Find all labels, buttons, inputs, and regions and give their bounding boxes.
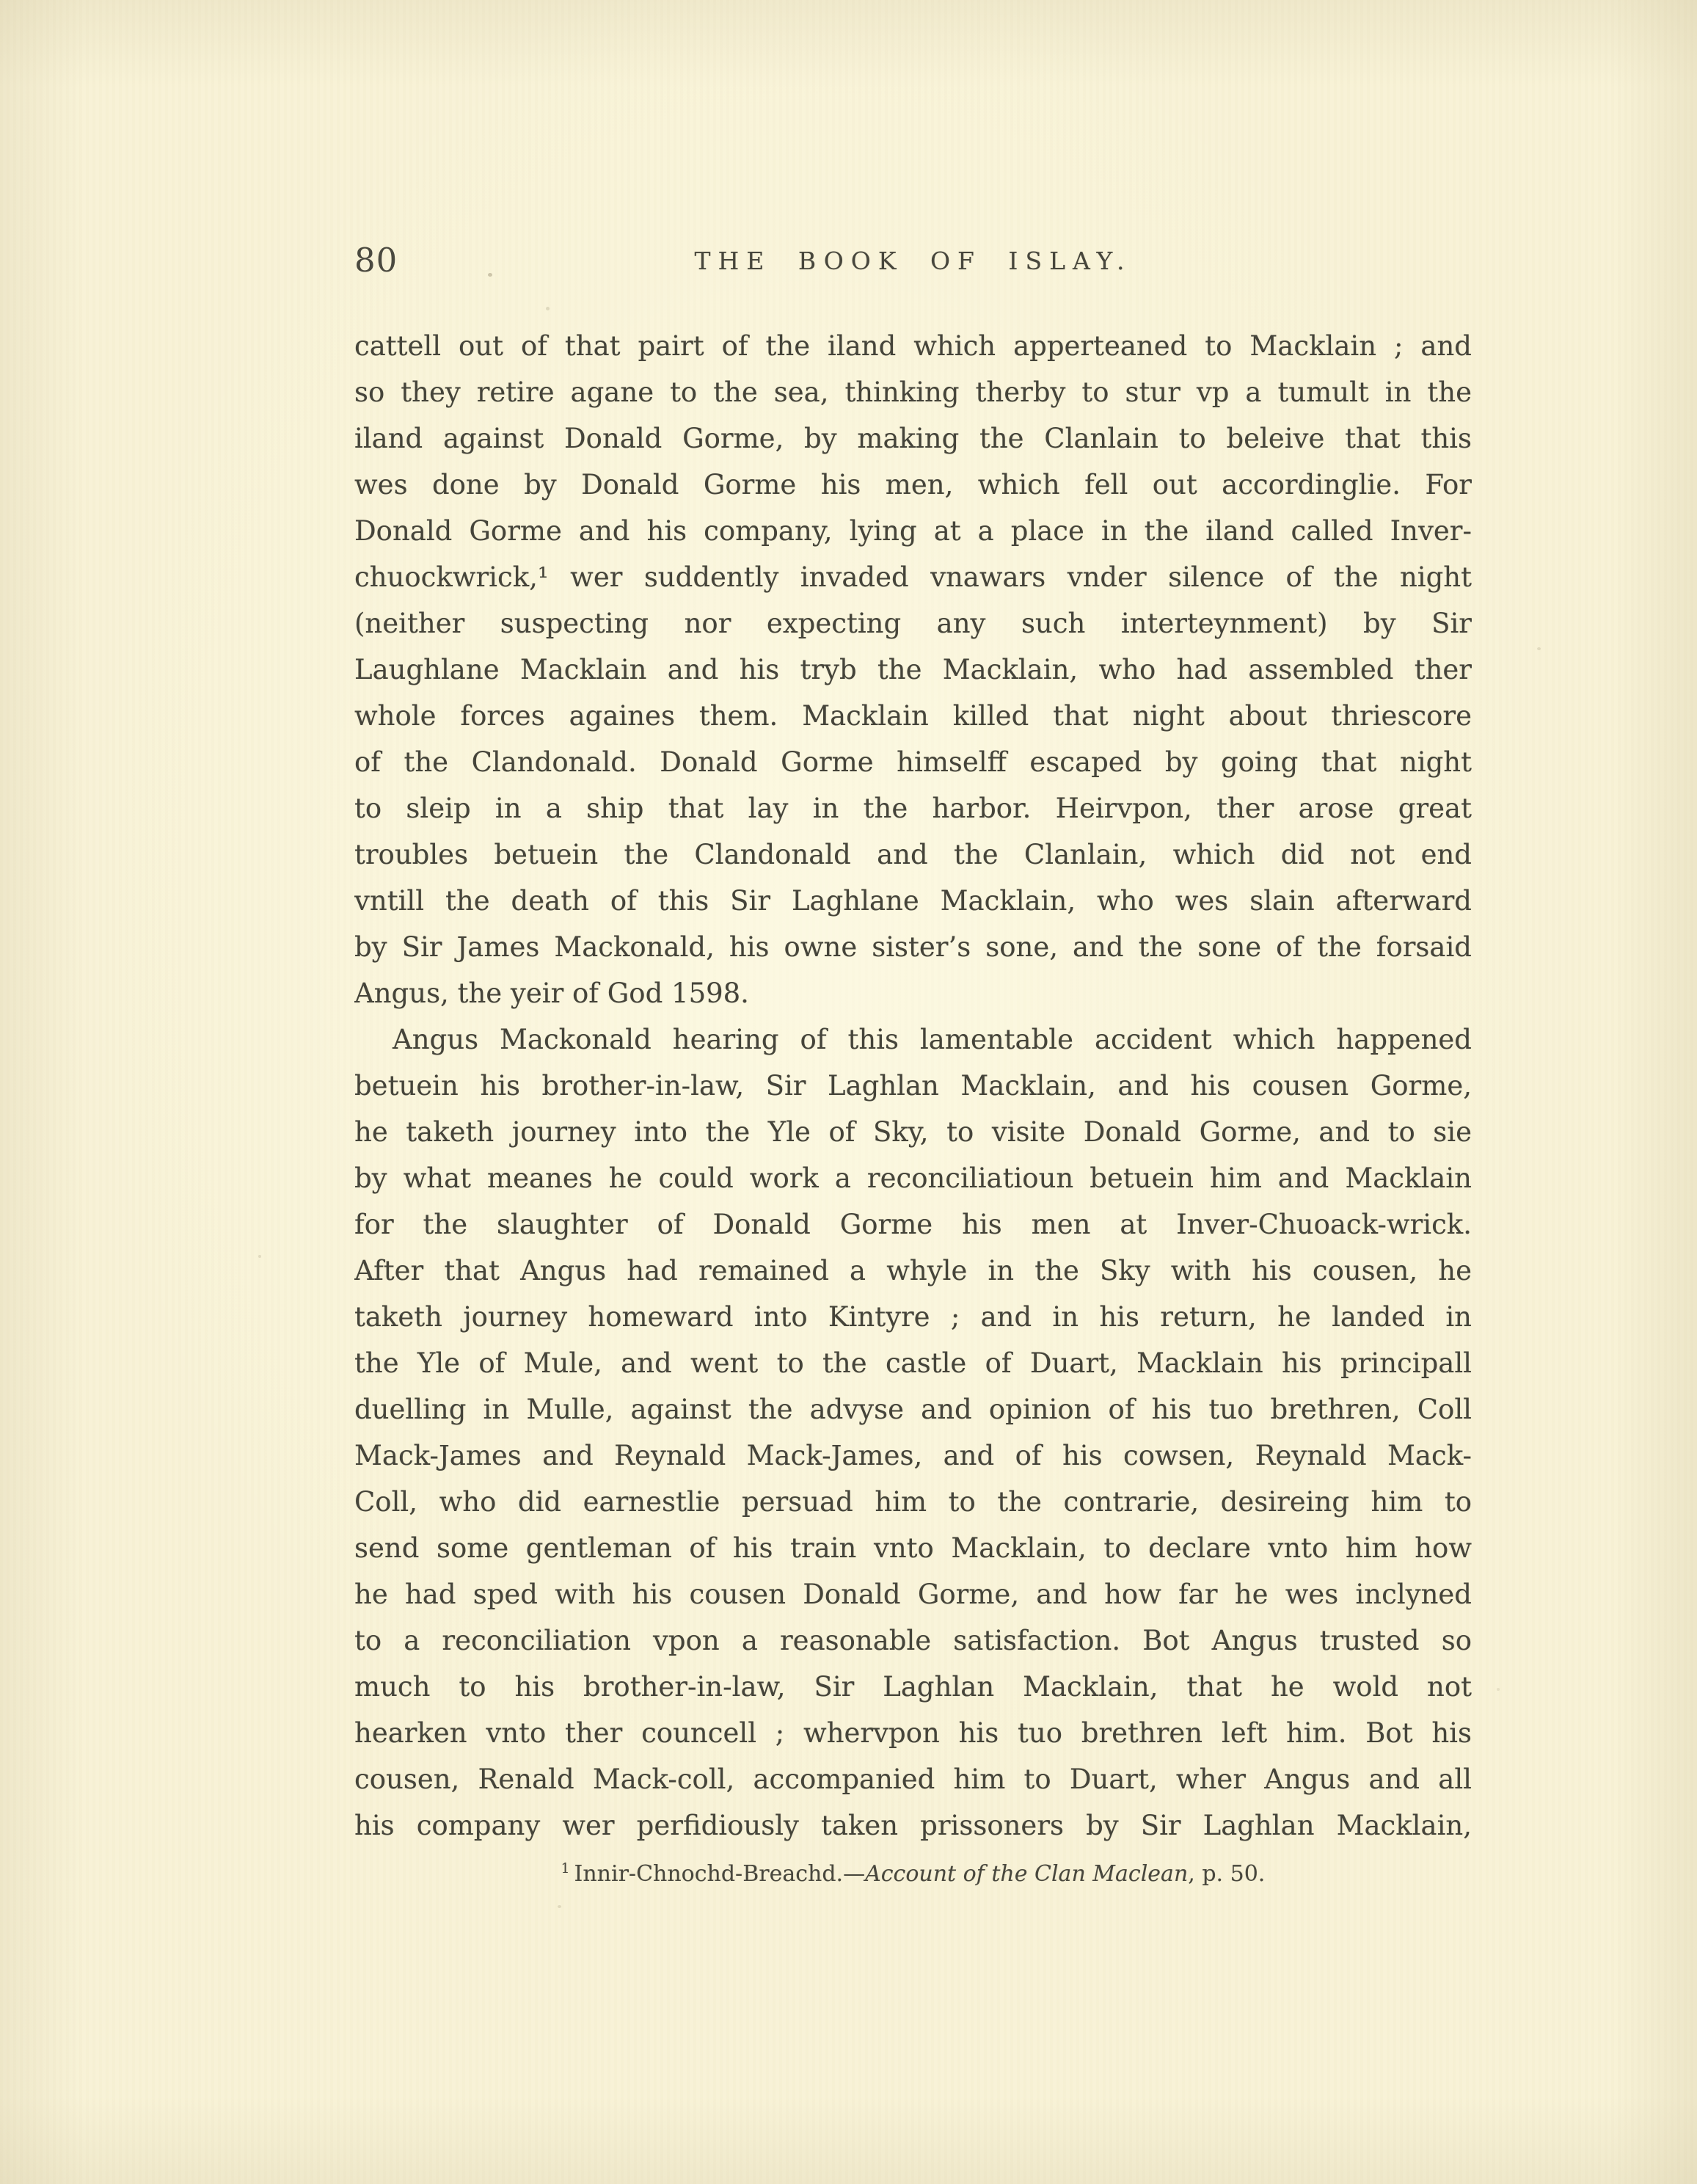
paper-speck: [258, 1255, 261, 1258]
footnote-marker: 1: [561, 1861, 570, 1877]
body-text: cattell out of that pairt of the iland w…: [354, 323, 1472, 1849]
footnote-text-italic: Account of the Clan Maclean: [865, 1861, 1188, 1887]
text-line: hearken vnto ther councell ; whervpon hi…: [354, 1710, 1472, 1756]
text-line: by what meanes he could work a reconcili…: [354, 1155, 1472, 1201]
text-line: betuein his brother-in-law, Sir Laghlan …: [354, 1063, 1472, 1109]
footnote-text-roman-2: , p. 50.: [1188, 1861, 1265, 1887]
paper-speck: [488, 273, 492, 277]
text-line: to a reconciliation vpon a reasonable sa…: [354, 1617, 1472, 1664]
paper-speck: [1497, 1688, 1500, 1691]
text-line: Laughlane Macklain and his tryb the Mack…: [354, 647, 1472, 693]
text-line: After that Angus had remained a whyle in…: [354, 1248, 1472, 1294]
text-line: to sleip in a ship that lay in the harbo…: [354, 785, 1472, 831]
paragraph: Angus Mackonald hearing of this lamentab…: [354, 1016, 1472, 1849]
text-line: troubles betuein the Clandonald and the …: [354, 831, 1472, 878]
book-page: 80 THE BOOK OF ISLAY. cattell out of tha…: [0, 0, 1697, 2184]
text-line: vntill the death of this Sir Laghlane Ma…: [354, 878, 1472, 924]
text-line: whole forces againes them. Macklain kill…: [354, 693, 1472, 739]
text-line: iland against Donald Gorme, by making th…: [354, 415, 1472, 462]
text-line: wes done by Donald Gorme his men, which …: [354, 462, 1472, 508]
text-line: cousen, Renald Mack-coll, accompanied hi…: [354, 1756, 1472, 1802]
footnote-text-roman-1: Innir-Chnochd-Breachd.—: [574, 1861, 866, 1887]
text-line: his company wer perfidiously taken priss…: [354, 1802, 1472, 1849]
running-title: THE BOOK OF ISLAY.: [354, 248, 1472, 274]
paragraph: cattell out of that pairt of the iland w…: [354, 323, 1472, 1016]
running-head: 80 THE BOOK OF ISLAY.: [354, 242, 1472, 279]
paper-speck: [558, 1905, 561, 1908]
text-line: he taketh journey into the Yle of Sky, t…: [354, 1109, 1472, 1155]
text-line: much to his brother-in-law, Sir Laghlan …: [354, 1664, 1472, 1710]
paper-speck: [546, 307, 550, 310]
text-line: for the slaughter of Donald Gorme his me…: [354, 1201, 1472, 1248]
text-line: cattell out of that pairt of the iland w…: [354, 323, 1472, 369]
text-line: (neither suspecting nor expecting any su…: [354, 600, 1472, 647]
text-line: chuockwrick,¹ wer suddently invaded vnaw…: [354, 554, 1472, 600]
footnote: 1Innir-Chnochd-Breachd.—Account of the C…: [354, 1860, 1472, 1889]
text-line: of the Clandonald. Donald Gorme himselff…: [354, 739, 1472, 785]
text-line: by Sir James Mackonald, his owne sister’…: [354, 924, 1472, 970]
paper-speck: [1537, 647, 1541, 650]
text-line: Angus, the yeir of God 1598.: [354, 970, 1472, 1016]
text-line: Coll, who did earnestlie persuad him to …: [354, 1479, 1472, 1525]
text-line: send some gentleman of his train vnto Ma…: [354, 1525, 1472, 1571]
text-line: Donald Gorme and his company, lying at a…: [354, 508, 1472, 554]
text-line: the Yle of Mule, and went to the castle …: [354, 1340, 1472, 1386]
text-line: duelling in Mulle, against the advyse an…: [354, 1386, 1472, 1433]
text-line: Mack-James and Reynald Mack-James, and o…: [354, 1433, 1472, 1479]
text-line: Angus Mackonald hearing of this lamentab…: [354, 1016, 1472, 1063]
text-line: he had sped with his cousen Donald Gorme…: [354, 1571, 1472, 1617]
text-line: taketh journey homeward into Kintyre ; a…: [354, 1294, 1472, 1340]
text-line: so they retire agane to the sea, thinkin…: [354, 369, 1472, 415]
